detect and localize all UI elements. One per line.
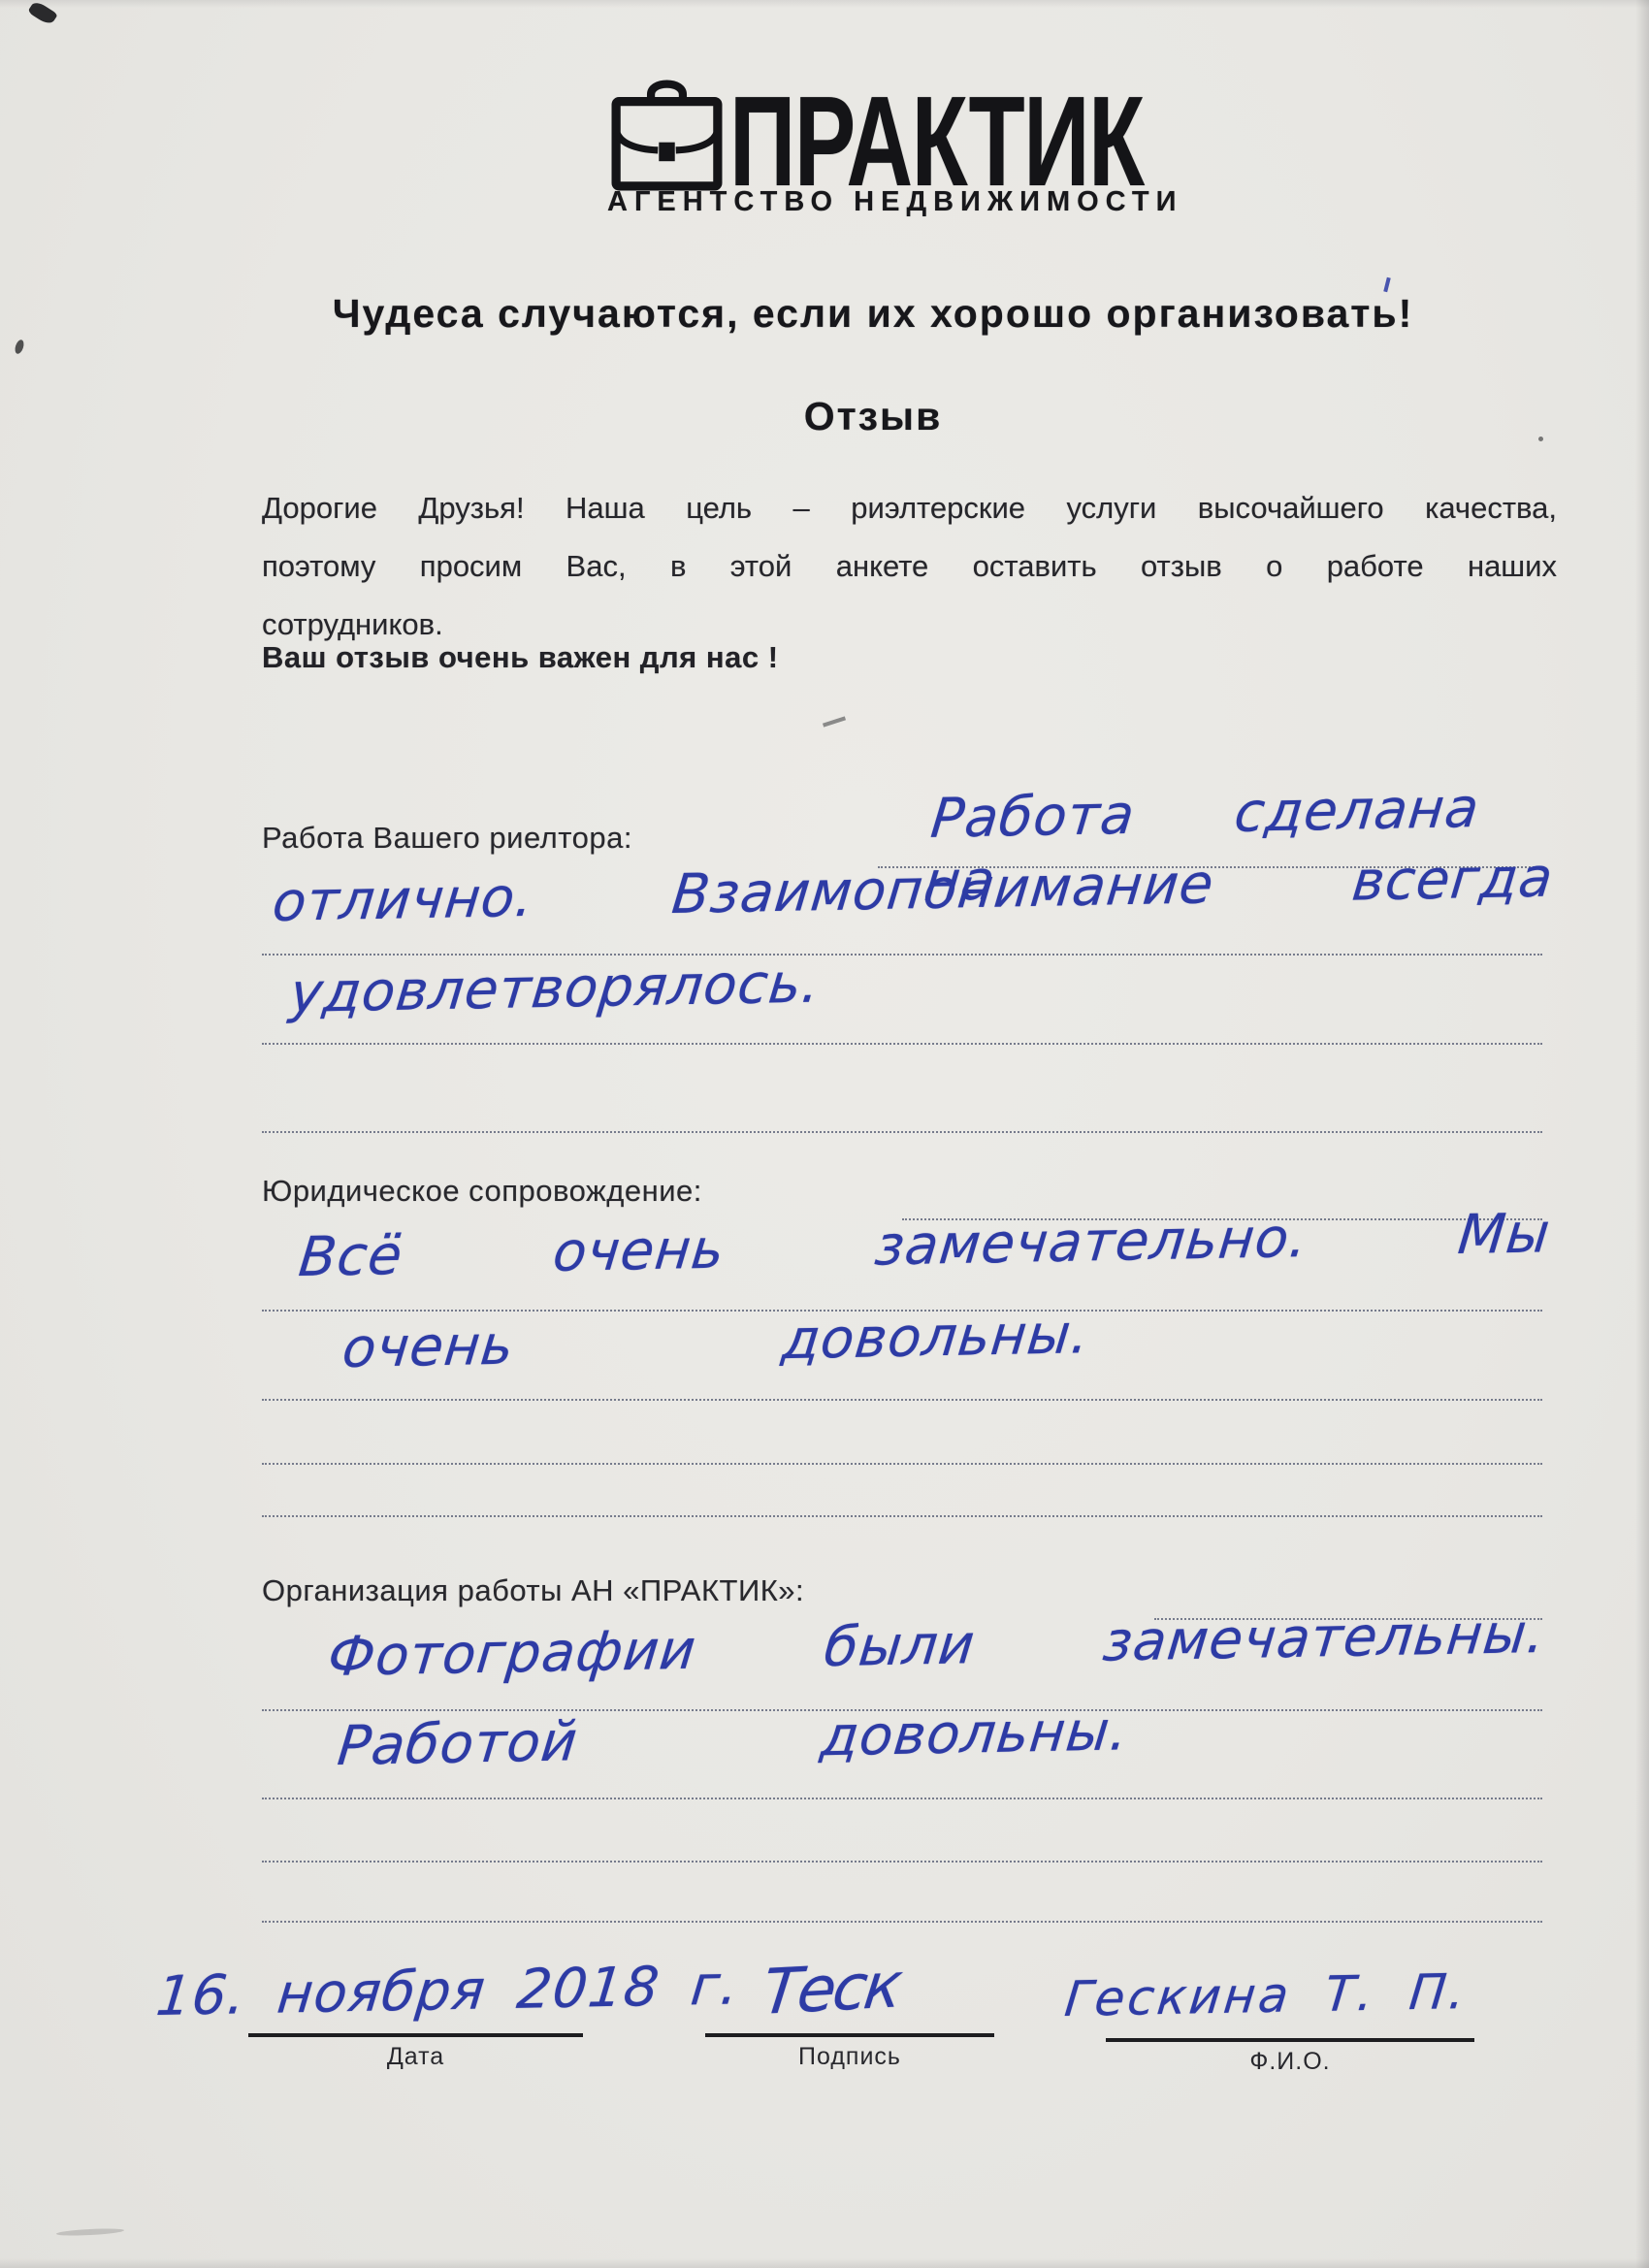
dotted-line [262, 1921, 1542, 1923]
name-line [1106, 2038, 1474, 2042]
dotted-line [262, 1515, 1542, 1517]
handwritten-name: Гескина Т. П. [1062, 1963, 1471, 2027]
handwritten-answer-line: очень довольны. [339, 1303, 1093, 1380]
intro-paragraph: Дорогие Друзья! Наша цель – риэлтерские … [262, 479, 1557, 654]
dotted-line [262, 954, 1542, 956]
dotted-line [262, 1399, 1542, 1401]
field-label-realtor: Работа Вашего риелтора: [262, 821, 632, 856]
brand-subtitle: АГЕНТСТВО НЕДВИЖИМОСТИ [607, 186, 1182, 218]
scanned-feedback-form: ПРАКТИК АГЕНТСТВО НЕДВИЖИМОСТИ Чудеса сл… [0, 0, 1649, 2268]
scan-artifact [1538, 437, 1543, 441]
scan-artifact [56, 2227, 124, 2237]
scan-artifact [14, 339, 25, 355]
field-label-organization: Организация работы АН «ПРАКТИК»: [262, 1573, 804, 1608]
name-label: Ф.И.О. [1106, 2048, 1474, 2076]
handwritten-answer-line: удовлетворялось. [287, 952, 824, 1025]
handwritten-answer-line: Работой довольны. [335, 1700, 1132, 1778]
dotted-line [262, 1463, 1542, 1465]
handwritten-answer-line: Фотографии были замечательны. [325, 1603, 1549, 1689]
scan-artifact [1383, 277, 1391, 293]
intro-line: поэтому просим Вас, в этой анкете остави… [262, 537, 1557, 596]
handwritten-answer-line: отлично. Взаимопонимание всегда [270, 847, 1556, 934]
signature-label: Подпись [705, 2043, 994, 2071]
dotted-line [262, 1861, 1542, 1863]
handwritten-date: 16. ноября 2018 г. [153, 1954, 742, 2028]
note-text: Ваш отзыв очень важен для нас ! [262, 640, 779, 675]
field-label-legal: Юридическое сопровождение: [262, 1174, 702, 1209]
briefcase-icon [606, 80, 727, 191]
scan-artifact [823, 716, 846, 727]
scan-artifact [27, 0, 58, 26]
intro-line: Дорогие Друзья! Наша цель – риэлтерские … [262, 479, 1557, 537]
date-line [248, 2033, 583, 2037]
handwritten-answer-line: Всё очень замечательно. Мы [296, 1202, 1553, 1289]
date-label: Дата [248, 2043, 583, 2071]
dotted-line [262, 1131, 1542, 1133]
slogan: Чудеса случаются, если их хорошо организ… [116, 291, 1630, 337]
signature-line [705, 2033, 994, 2037]
dotted-line [262, 1798, 1542, 1799]
handwritten-signature: Теск [759, 1950, 903, 2029]
dotted-line [262, 1043, 1542, 1045]
section-heading: Отзыв [116, 394, 1630, 439]
